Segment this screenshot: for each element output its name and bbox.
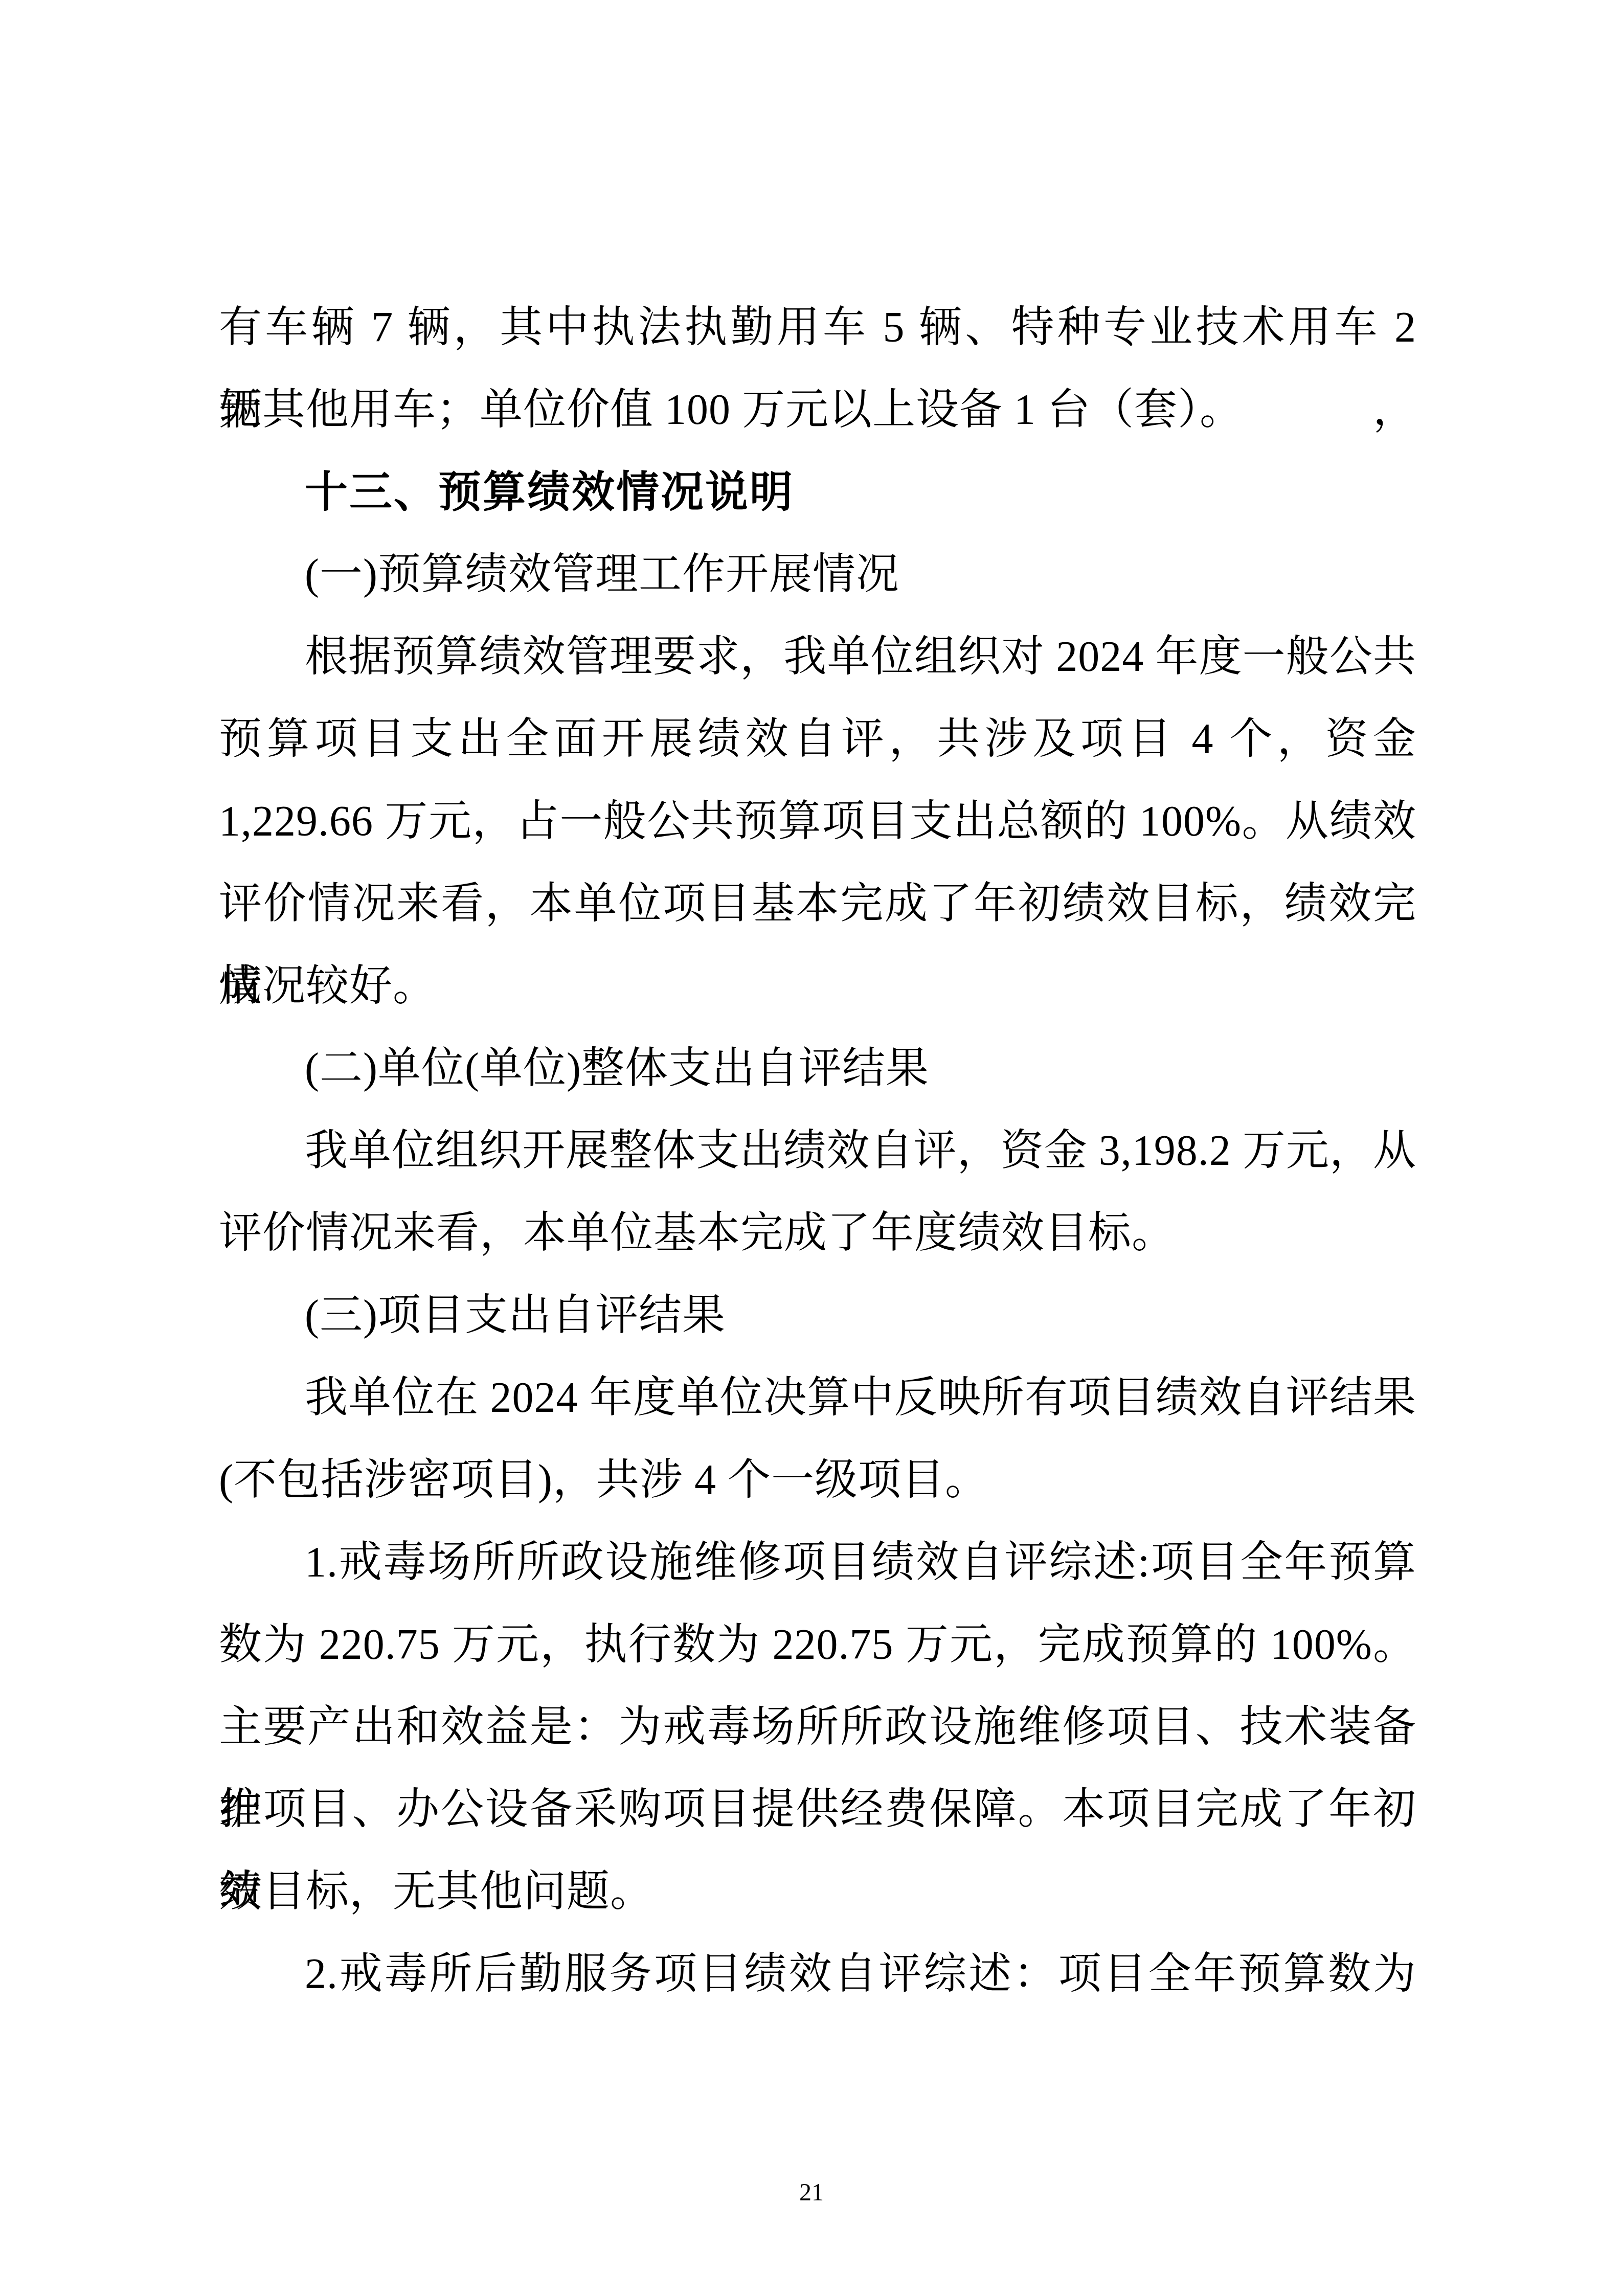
text-line: 预算项目支出全面开展绩效自评，共涉及项目 4 个，资金: [219, 698, 1416, 780]
text-line: 根据预算绩效管理要求，我单位组织对 2024 年度一般公共: [219, 616, 1416, 698]
section-heading: 十三、预算绩效情况说明: [219, 451, 1416, 533]
text-line: 效目标，无其他问题。: [219, 1851, 1416, 1933]
text-line: 护项目、办公设备采购项目提供经费保障。本项目完成了年初绩: [219, 1768, 1416, 1851]
text-line: 有车辆 7 辆，其中执法执勤用车 5 辆、特种专业技术用车 2 辆，: [219, 286, 1416, 369]
text-line: 2.戒毒所后勤服务项目绩效自评综述：项目全年预算数为: [219, 1933, 1416, 2015]
subsection-heading: (一)预算绩效管理工作开展情况: [219, 533, 1416, 616]
text-line: 主要产出和效益是：为戒毒场所所政设施维修项目、技术装备维: [219, 1686, 1416, 1768]
text-line: 1,229.66 万元，占一般公共预算项目支出总额的 100%。从绩效: [219, 780, 1416, 863]
text-line: 我单位组织开展整体支出绩效自评，资金 3,198.2 万元，从: [219, 1110, 1416, 1192]
text-line: 数为 220.75 万元，执行数为 220.75 万元，完成预算的 100%。: [219, 1604, 1416, 1686]
page-number: 21: [0, 2177, 1623, 2208]
text-line: 评价情况来看，本单位基本完成了年度绩效目标。: [219, 1192, 1416, 1274]
text-line: 1.戒毒场所所政设施维修项目绩效自评综述:项目全年预算: [219, 1521, 1416, 1604]
subsection-heading: (二)单位(单位)整体支出自评结果: [219, 1027, 1416, 1110]
document-page: 有车辆 7 辆，其中执法执勤用车 5 辆、特种专业技术用车 2 辆， 无其他用车…: [0, 0, 1623, 2296]
document-text-block: 有车辆 7 辆，其中执法执勤用车 5 辆、特种专业技术用车 2 辆， 无其他用车…: [219, 286, 1416, 2015]
text-line: 我单位在 2024 年度单位决算中反映所有项目绩效自评结果: [219, 1357, 1416, 1439]
text-line: (不包括涉密项目)，共涉 4 个一级项目。: [219, 1439, 1416, 1521]
text-line: 评价情况来看，本单位项目基本完成了年初绩效目标，绩效完成: [219, 863, 1416, 945]
text-line: 情况较好。: [219, 945, 1416, 1027]
text-line: 无其他用车；单位价值 100 万元以上设备 1 台（套）。: [219, 369, 1416, 451]
subsection-heading: (三)项目支出自评结果: [219, 1274, 1416, 1357]
